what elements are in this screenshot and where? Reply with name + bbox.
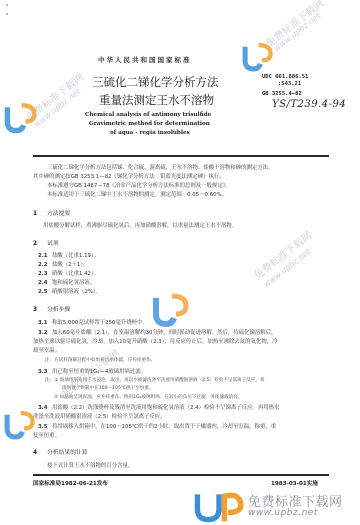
item-number: 2.1 [38,253,52,259]
step-3-5-line2: 复至恒重。 [33,431,60,439]
intro-p1-line2: 其中砷的测定按GB 3253.1—82《锑化学分析方法 钼蓝光度法测定砷》执行。 [33,172,225,180]
header-divider [33,155,329,157]
section-number: 3 [33,307,47,313]
step-3-1: 3.1称取5.000克试样置于250毫升烧杯中。 [38,318,148,326]
title-en-line3: of aqua - regia insolubles [110,130,190,136]
item-text: 硝酸（比重1.42）。 [52,271,99,277]
item-number: 2.4 [38,280,52,286]
title-cn-line2: 重量法测定王水不溶物 [99,92,214,108]
section-title: 分析结果的计算 [47,450,88,456]
item-text: 饱和硫化氢溶液。 [52,280,95,286]
scan-mark [6,4,8,6]
national-standard-label: 中华人民共和国国家标准 [98,55,192,64]
intro-p3: 本标准适用于三硫化二锑中王水不溶物的测定。测定范围：0.05～0.60%。 [47,190,227,198]
step-3-3-note1-line2: 坩埚置于烘箱中在100～105℃烘干至恒重。 [62,385,154,391]
effective-date: 1983-03-01实施 [271,479,318,487]
title-en-line1: Chemical analysis of antimony trisulfide [85,112,211,118]
step-number: 3.2 [38,330,52,336]
section-2-heading: 2试剂 [33,238,59,247]
reagent-item: 2.4饱和硫化氢溶液。 [38,278,95,286]
item-text: 盐酸（2＋1）。 [52,262,89,268]
step-3-2-note: 注：在试样溶解过程中如果析出单体硫，应弃样重作。 [45,357,155,363]
up-logo-icon [240,40,274,74]
section-1-heading: 1方法提要 [33,208,70,217]
step-text: 用已称至恒重的1G₄—4玻璃坩埚过滤。 [52,369,146,375]
up-logo-icon [2,100,38,136]
section-1-body: 用盐酸分解试样，煮沸驱尽硫化氢后，再加硝酸溶解，以重量法测定王水不溶物。 [43,221,237,229]
section-4-body: 按下式计算王水不溶物的百分含量。 [47,461,133,469]
step-text: 将坩埚移入烘箱中，在100～105℃烘干约2小时，取出置于干燥器内，冷却至室温，… [52,424,276,430]
scan-mark [6,13,8,15]
step-3-3-note1-line1: 注：① 玻璃坩埚先用王水浸泡，取出，再以水抽滤洗涤至洗液用硝酸银溶液（2.5）检… [45,377,265,383]
up-logo-icon [150,290,190,330]
section-number: 4 [33,450,47,456]
watermark-site-name: 免费标准下载网 [250,227,314,282]
step-number: 3.1 [38,320,52,326]
udc-code: UDC 661.886.51 [262,74,308,80]
step-3-2-line2: 加热至沸以驱尽硫化氢，冷却，加入10毫升硝酸（2.3），待反应停止后，加热至沸除… [33,337,278,345]
footer-divider [33,474,329,476]
issue-date: 国家标准局1982-06-21发布 [33,479,108,487]
section-3-heading: 3分析步骤 [33,304,70,313]
section-number: 1 [33,211,47,217]
reagent-item: 2.3硝酸（比重1.42）。 [38,269,99,277]
step-3-4-line2: 洗涤至洗液用硝酸银溶液（2.5）检验不呈氯离子反应。 [33,412,166,420]
reagent-item: 2.2盐酸（2＋1）。 [38,260,89,268]
handwritten-code: YS/T239.4-94 [272,99,346,110]
watermark-site-url: www.upbz.net [272,11,322,53]
step-text: 称取5.000克试样置于250毫升烧杯中。 [52,320,148,326]
section-number: 2 [33,241,47,247]
intro-p1-line1: 三硫化二锑化学分析方法包括锑、化合硫、游离硫、王水不溶物、盐酸不溶物和砷的测定方… [47,163,273,171]
section-title: 分析步骤 [47,307,70,313]
watermark-site-url-large: www.upbz.net [248,508,318,518]
intro-p2: 本标准遵守GB 1467—78《冶金产品化学分析方法标准的总则及一般规定》。 [47,181,231,189]
step-3-2-line3: 却至室温。 [33,346,60,354]
reagent-item: 2.5硝酸银溶液（2%）。 [38,287,101,295]
step-3-3-note2: ② 如滤液呈现浑浊，应弃样重作。换用1G₄玻璃坩埚，在较小的负压下过滤，务使滤液… [54,394,242,400]
step-3-4-line1: 3.4用盐酸（2.2）洗涤烧杯及残渣至洗液用饱和硫化氢溶液（2.4）检验不呈锑离… [38,403,279,411]
watermark-site-url: www.upbz.net [32,87,82,129]
document-page: 中华人民共和国国家标准 三硫化二锑化学分析方法 重量法测定王水不溶物 Chemi… [0,0,360,525]
item-number: 2.2 [38,262,52,268]
step-text: 用盐酸（2.2）洗涤烧杯及残渣至洗液用饱和硫化氢溶液（2.4）检验不呈锑离子反应… [52,405,279,411]
item-number: 2.5 [38,289,52,295]
item-text: 硝酸银溶液（2%）。 [52,289,101,295]
watermark-site-url: www.upbz.net [262,247,312,289]
gb-number: GB 3255.4—82 [262,91,302,97]
step-text: 加入60毫升盐酸（2.1），在室温溶解约30分钟，间时摇动促进溶解。然后，待硫化… [52,330,276,336]
step-3-5-line1: 3.5将坩埚移入烘箱中，在100～105℃烘干约2小时，取出置于干燥器内，冷却至… [38,422,276,430]
step-number: 3.3 [38,369,52,375]
section-4-heading: 4分析结果的计算 [33,447,88,456]
item-number: 2.3 [38,271,52,277]
step-3-3: 3.3用已称至恒重的1G₄—4玻璃坩埚过滤。 [38,367,146,375]
up-logo-icon [2,405,36,445]
title-en-line2: Gravimetric method for determination [89,121,210,127]
up-logo-icon [192,489,246,525]
step-number: 3.4 [38,405,52,411]
item-text: 盐酸（比重1.19）。 [52,253,99,259]
title-cn-line1: 三硫化二锑化学分析方法 [92,74,219,90]
section-title: 试剂 [47,241,59,247]
step-number: 3.5 [38,424,52,430]
reagent-item: 2.1盐酸（比重1.19）。 [38,251,99,259]
udc-code-sub: :543.21 [278,81,301,87]
section-title: 方法提要 [47,211,70,217]
